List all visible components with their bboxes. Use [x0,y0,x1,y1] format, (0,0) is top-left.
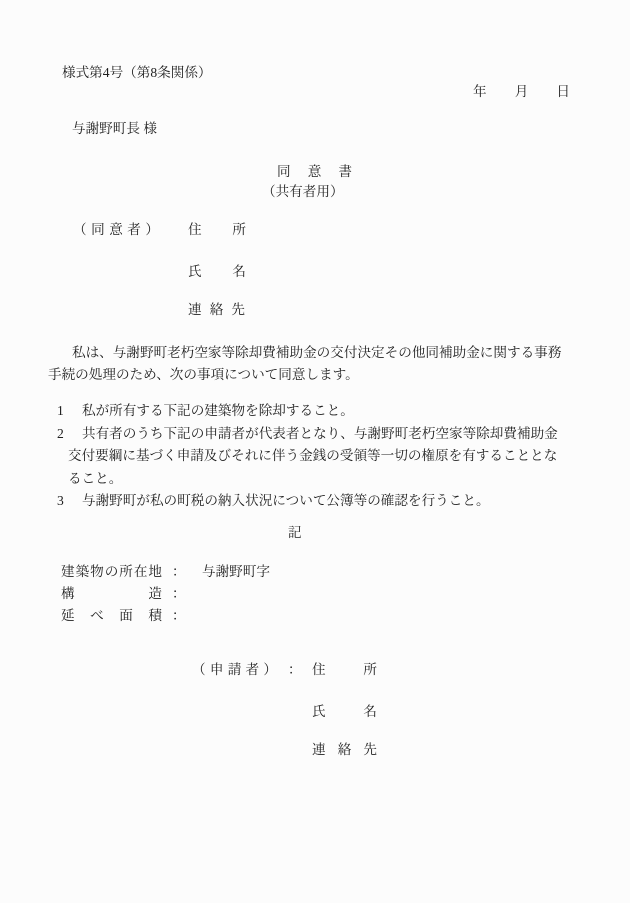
body-paragraph-line-1: 私は、与謝野町老朽空家等除却費補助金の交付決定その他同補助金に関する事務 [72,344,561,361]
building-floor-area-colon: ： [172,607,186,624]
applicant-contact-label: 連絡先 [312,741,377,758]
building-location-label: 建築物の所在地 [61,563,162,580]
consenter-address-label: 住所 [188,221,246,238]
building-floor-area-label: 延べ面積 [61,607,162,624]
list-item-1-number: 1 [57,402,64,419]
list-item-3-text: 与謝野町が私の町税の納入状況について公簿等の確認を行うこと。 [82,492,490,509]
addressee: 与謝野町長 様 [72,120,157,137]
body-paragraph-line-2: 手続の処理のため、次の事項について同意します。 [48,366,359,383]
ki-heading: 記 [288,524,302,541]
building-structure-colon: ： [172,585,186,602]
consenter-name-label: 氏名 [188,263,246,280]
applicant-name-label: 氏名 [312,703,377,720]
applicant-colon: ： [288,661,302,678]
applicant-address-label: 住所 [312,661,377,678]
consenter-contact-label: 連絡先 [188,301,245,318]
form-number: 様式第4号（第8条関係） [62,64,212,81]
building-location-colon: ： [172,563,186,580]
document-title-note: （共有者用） [262,183,344,200]
list-item-2-text-line-1: 共有者のうち下記の申請者が代表者となり、与謝野町老朽空家等除却費補助金 [82,425,558,442]
list-item-3-number: 3 [57,492,64,509]
date-line: 年月日 [473,83,570,100]
list-item-2-number: 2 [57,425,64,442]
list-item-2-text-line-3: ること。 [68,470,122,487]
building-location-value: 与謝野町字 [202,563,270,580]
document-title: 同意書 [277,163,352,180]
list-item-2-text-line-2: 交付要綱に基づく申請及びそれに伴う金銭の受領等一切の権原を有することとな [68,447,557,464]
document-page: 様式第4号（第8条関係） 年月日 与謝野町長 様 同意書 （共有者用） （同意者… [0,0,630,903]
consenter-label: （同意者） [73,221,159,238]
building-structure-label: 構造 [61,585,162,602]
applicant-label: （申請者） [192,661,277,678]
list-item-1-text: 私が所有する下記の建築物を除却すること。 [82,402,354,419]
